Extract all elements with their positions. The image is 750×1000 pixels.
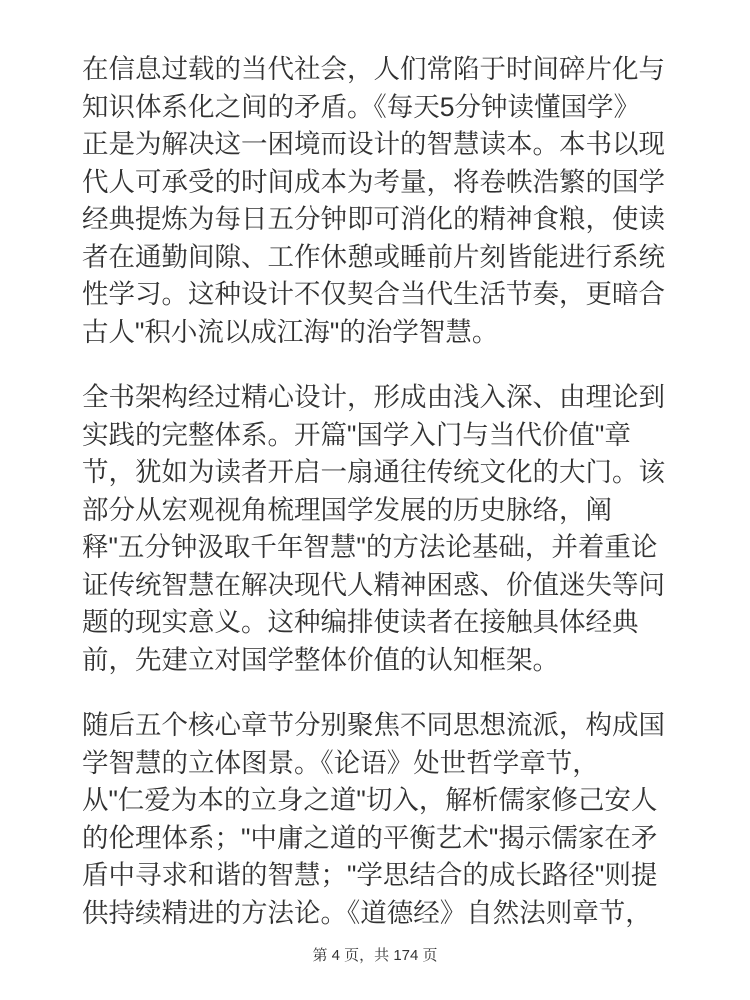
page-number-indicator: 第 4 页，共 174 页 <box>0 947 750 965</box>
paragraph-2: 全书架构经过精心设计，形成由浅入深、由理论到 实践的完整体系。开篇"国学入门与当… <box>82 379 682 679</box>
paragraph-1: 在信息过载的当代社会，人们常陷于时间碎片化与 知识体系化之间的矛盾。《每天5分钟… <box>82 51 682 351</box>
document-body: 在信息过载的当代社会，人们常陷于时间碎片化与 知识体系化之间的矛盾。《每天5分钟… <box>82 51 682 960</box>
document-page: 在信息过载的当代社会，人们常陷于时间碎片化与 知识体系化之间的矛盾。《每天5分钟… <box>0 0 750 1000</box>
paragraph-3: 随后五个核心章节分别聚焦不同思想流派，构成国 学智慧的立体图景。《论语》处世哲学… <box>82 707 682 932</box>
